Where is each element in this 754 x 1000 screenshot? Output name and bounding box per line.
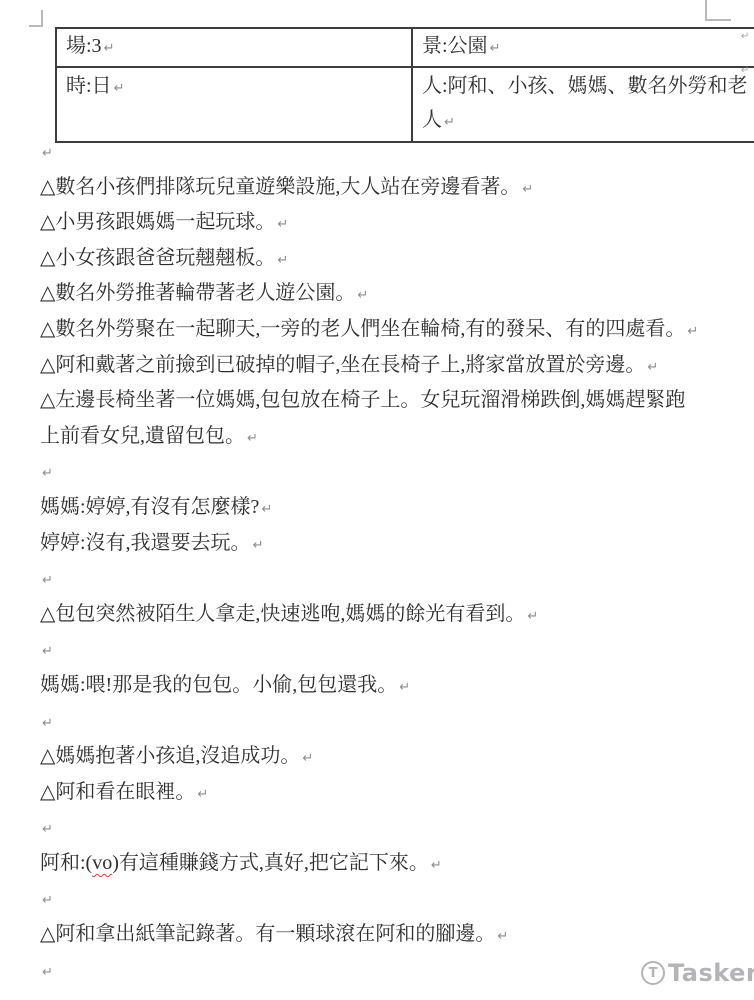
empty-line: ↵ [40, 881, 740, 917]
action-line: △小女孩跟爸爸玩翹翹板。↵ [40, 241, 740, 277]
action-line: △左邊長椅坐著一位媽媽,包包放在椅子上。女兒玩溜滑梯跌倒,媽媽趕緊跑 [40, 383, 740, 419]
action-line-text: 上前看女兒,遺留包包。 [40, 425, 245, 447]
action-line-text: △左邊長椅坐著一位媽媽,包包放在椅子上。女兒玩溜滑梯跌倒,媽媽趕緊跑 [40, 389, 685, 411]
action-line: △阿和看在眼裡。↵ [40, 775, 740, 811]
margin-corner-top-right-mark [705, 0, 731, 21]
paragraph-return-icon: ↵ [42, 965, 53, 980]
script-body: ↵ △數名小孩們排隊玩兒童遊樂設施,大人站在旁邊看著。↵ △小男孩跟媽媽一起玩球… [40, 134, 740, 988]
action-line: △數名外勞聚在一起聊天,一旁的老人們坐在輪椅,有的發呆、有的四處看。↵ [40, 312, 740, 348]
paragraph-return-icon: ↵ [431, 858, 442, 873]
empty-line: ↵ [40, 134, 740, 170]
action-line-text: △數名外勞推著輪帶著老人遊公園。 [40, 282, 355, 304]
scene-time-cell: 時:日↵ [56, 67, 412, 142]
action-line-text: △阿和拿出紙筆記錄著。有一顆球滾在阿和的腳邊。 [40, 923, 495, 945]
action-line-continuation: 上前看女兒,遺留包包。↵ [40, 419, 740, 455]
action-line: △阿和戴著之前撿到已破掉的帽子,坐在長椅子上,將家當放置於旁邊。↵ [40, 348, 740, 384]
paragraph-return-icon: ↵ [261, 502, 272, 517]
paragraph-return-icon: ↵ [42, 466, 53, 481]
empty-line: ↵ [40, 632, 740, 668]
document-page: 場:3↵ 景:公園↵ 時:日↵ 人:阿和、小孩、媽媽、數名外勞和老人↵ ↵ ↵ … [0, 0, 754, 1000]
empty-line: ↵ [40, 454, 740, 490]
paragraph-return-icon: ↵ [527, 609, 538, 624]
paragraph-return-icon: ↵ [114, 81, 125, 96]
paragraph-return-icon: ↵ [444, 115, 455, 130]
dialogue-line-text: 媽媽:婷婷,有沒有怎麼樣? [40, 496, 259, 518]
dialogue-line-text: 媽媽:喂!那是我的包包。小偷,包包還我。 [40, 674, 397, 696]
scene-characters-text: 人:阿和、小孩、媽媽、數名外勞和老人 [422, 75, 748, 131]
empty-line: ↵ [40, 953, 740, 989]
paragraph-return-icon: ↵ [42, 893, 53, 908]
action-line-text: △阿和看在眼裡。 [40, 781, 195, 803]
paragraph-return-icon: ↵ [104, 41, 115, 56]
action-line: △阿和拿出紙筆記錄著。有一顆球滾在阿和的腳邊。↵ [40, 917, 740, 953]
paragraph-return-icon: ↵ [197, 787, 208, 802]
paragraph-return-icon: ↵ [247, 431, 258, 446]
dialogue-line-text: )有這種賺錢方式,真好,把它記下來。 [112, 852, 429, 874]
scene-table-row-1: 場:3↵ 景:公園↵ [56, 28, 754, 67]
paragraph-return-icon: ↵ [497, 929, 508, 944]
action-line-text: △小女孩跟爸爸玩翹翹板。 [40, 247, 275, 269]
dialogue-line-text: 婷婷:沒有,我還要去玩。 [40, 532, 251, 554]
paragraph-return-icon: ↵ [42, 146, 53, 161]
paragraph-return-icon: ↵ [647, 360, 658, 375]
paragraph-return-icon: ↵ [277, 217, 288, 232]
action-line-text: △包包突然被陌生人拿走,快速逃咆,媽媽的餘光有看到。 [40, 603, 525, 625]
dialogue-line-vo: 阿和:(vo)有這種賺錢方式,真好,把它記下來。↵ [40, 846, 740, 882]
paragraph-return-icon: ↵ [302, 751, 313, 766]
tasker-watermark-text: Tasker [668, 961, 754, 985]
empty-line: ↵ [40, 561, 740, 597]
action-line: △數名外勞推著輪帶著老人遊公園。↵ [40, 276, 740, 312]
action-line-text: △數名外勞聚在一起聊天,一旁的老人們坐在輪椅,有的發呆、有的四處看。 [40, 318, 685, 340]
scene-location-text: 景:公園 [422, 35, 488, 57]
empty-line: ↵ [40, 704, 740, 740]
paragraph-return-icon: ↵ [357, 288, 368, 303]
paragraph-return-icon: ↵ [42, 716, 53, 731]
scene-time-text: 時:日 [66, 75, 112, 97]
scene-location-cell: 景:公園↵ [412, 28, 754, 67]
paragraph-return-icon: ↵ [42, 573, 53, 588]
paragraph-return-icon: ↵ [42, 822, 53, 837]
paragraph-return-icon: ↵ [522, 182, 533, 197]
paragraph-return-icon: ↵ [687, 324, 698, 339]
paragraph-return-icon: ↵ [253, 538, 264, 553]
scene-number-text: 場:3 [66, 35, 102, 57]
dialogue-line-text: 阿和:( [40, 852, 92, 874]
paragraph-return-icon: ↵ [277, 253, 288, 268]
scene-number-cell: 場:3↵ [56, 28, 412, 67]
misspelled-word: vo [92, 852, 112, 874]
action-line-text: △數名小孩們排隊玩兒童遊樂設施,大人站在旁邊看著。 [40, 176, 520, 198]
action-line: △媽媽抱著小孩追,沒追成功。↵ [40, 739, 740, 775]
margin-corner-top-left-mark [29, 10, 43, 27]
action-line-text: △阿和戴著之前撿到已破掉的帽子,坐在長椅子上,將家當放置於旁邊。 [40, 354, 645, 376]
dialogue-line: 媽媽:喂!那是我的包包。小偷,包包還我。↵ [40, 668, 740, 704]
action-line: △包包突然被陌生人拿走,快速逃咆,媽媽的餘光有看到。↵ [40, 597, 740, 633]
dialogue-line: 媽媽:婷婷,有沒有怎麼樣?↵ [40, 490, 740, 526]
action-line: △數名小孩們排隊玩兒童遊樂設施,大人站在旁邊看著。↵ [40, 170, 740, 206]
dialogue-line: 婷婷:沒有,我還要去玩。↵ [40, 526, 740, 562]
table-row-end-icon: ↵ [741, 65, 749, 76]
paragraph-return-icon: ↵ [42, 644, 53, 659]
empty-line: ↵ [40, 810, 740, 846]
tasker-logo-icon: T [641, 961, 665, 985]
scene-characters-cell: 人:阿和、小孩、媽媽、數名外勞和老人↵ [412, 67, 754, 142]
paragraph-return-icon: ↵ [490, 41, 501, 56]
scene-info-table: 場:3↵ 景:公園↵ 時:日↵ 人:阿和、小孩、媽媽、數名外勞和老人↵ [55, 27, 754, 143]
action-line-text: △小男孩跟媽媽一起玩球。 [40, 211, 275, 233]
scene-table-row-2: 時:日↵ 人:阿和、小孩、媽媽、數名外勞和老人↵ [56, 67, 754, 142]
table-row-end-icon: ↵ [741, 31, 749, 42]
tasker-watermark: T Tasker [641, 961, 754, 985]
action-line-text: △媽媽抱著小孩追,沒追成功。 [40, 745, 300, 767]
action-line: △小男孩跟媽媽一起玩球。↵ [40, 205, 740, 241]
paragraph-return-icon: ↵ [399, 680, 410, 695]
